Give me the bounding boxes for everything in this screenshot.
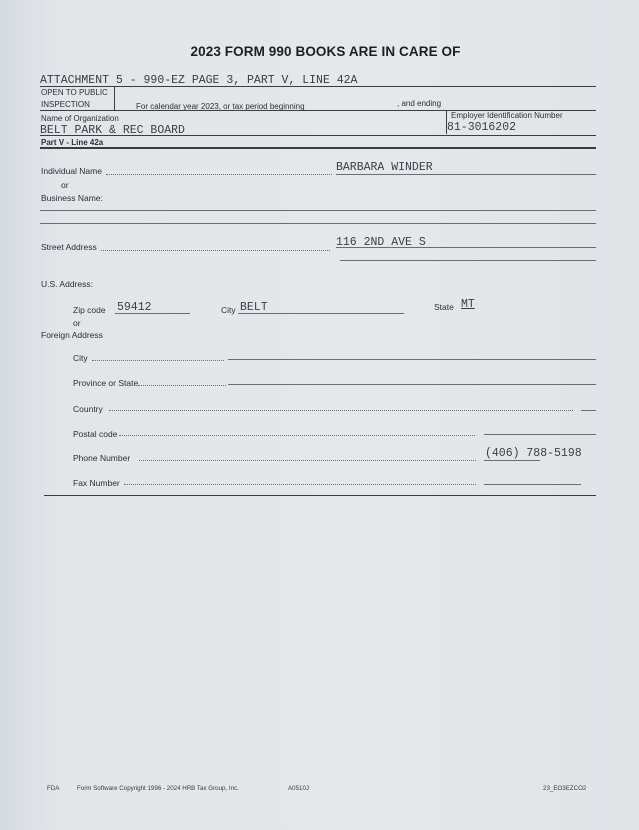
- foreign-city-label: City: [73, 353, 88, 363]
- footer-code: A0510J: [288, 785, 309, 792]
- zip-line: [115, 313, 190, 314]
- city-line: [238, 313, 404, 314]
- foreign-city-line[interactable]: [228, 359, 596, 360]
- form-page: 2023 FORM 990 BOOKS ARE IN CARE OF ATTAC…: [0, 0, 639, 830]
- open-to-public-label: OPEN TO PUBLIC: [41, 88, 108, 97]
- phone-label: Phone Number: [73, 453, 130, 463]
- phone-line: [484, 460, 540, 461]
- state-label: State: [434, 302, 454, 312]
- us-address-label: U.S. Address:: [41, 279, 93, 289]
- leader-dots: [92, 359, 224, 361]
- business-name-line-1[interactable]: [40, 210, 596, 211]
- leader-dots: [101, 249, 330, 251]
- leader-dots: [109, 409, 573, 411]
- business-name-line-2[interactable]: [40, 223, 596, 224]
- province-line[interactable]: [228, 384, 596, 385]
- leader-dots: [139, 459, 476, 461]
- phone-value[interactable]: (406) 788-5198: [485, 447, 582, 460]
- divider: [40, 135, 596, 136]
- foreign-address-label: Foreign Address: [41, 330, 103, 340]
- individual-name-value[interactable]: BARBARA WINDER: [336, 161, 433, 174]
- or-label: or: [61, 180, 69, 190]
- footer-copyright: Form Software Copyright 1996 - 2024 HRB …: [77, 785, 239, 792]
- zip-label: Zip code: [73, 305, 106, 315]
- divider: [44, 495, 596, 496]
- ein-value: 81-3016202: [447, 121, 516, 134]
- inspection-label: INSPECTION: [41, 100, 90, 109]
- divider: [40, 86, 596, 87]
- footer-fda: FDA: [47, 785, 59, 792]
- leader-dots: [106, 173, 332, 175]
- ein-label: Employer Identification Number: [451, 111, 563, 120]
- divider: [40, 147, 596, 149]
- postal-code-line[interactable]: [484, 434, 596, 435]
- individual-name-line: [336, 174, 596, 175]
- country-label: Country: [73, 404, 103, 414]
- fax-line[interactable]: [484, 484, 581, 485]
- street-address-line: [336, 247, 596, 248]
- leader-dots: [138, 384, 226, 386]
- city-label: City: [221, 305, 236, 315]
- country-line[interactable]: [581, 410, 596, 411]
- and-ending-label: , and ending: [397, 99, 441, 108]
- org-name-label: Name of Organization: [41, 114, 119, 123]
- business-name-label: Business Name:: [41, 193, 103, 203]
- fax-label: Fax Number: [73, 478, 120, 488]
- leader-dots: [119, 434, 475, 436]
- leader-dots: [124, 483, 476, 485]
- section-label: Part V - Line 42a: [41, 138, 103, 147]
- or-label: or: [73, 318, 81, 328]
- individual-name-label: Individual Name: [41, 166, 102, 176]
- street-address-line-2[interactable]: [340, 260, 596, 261]
- footer-form-id: 23_EO3EZCO2: [543, 785, 586, 792]
- province-label: Province or State: [73, 378, 138, 388]
- postal-code-label: Postal code: [73, 429, 117, 439]
- page-title: 2023 FORM 990 BOOKS ARE IN CARE OF: [0, 44, 639, 59]
- street-address-label: Street Address: [41, 242, 97, 252]
- state-value[interactable]: MT: [461, 298, 475, 311]
- divider: [114, 86, 115, 111]
